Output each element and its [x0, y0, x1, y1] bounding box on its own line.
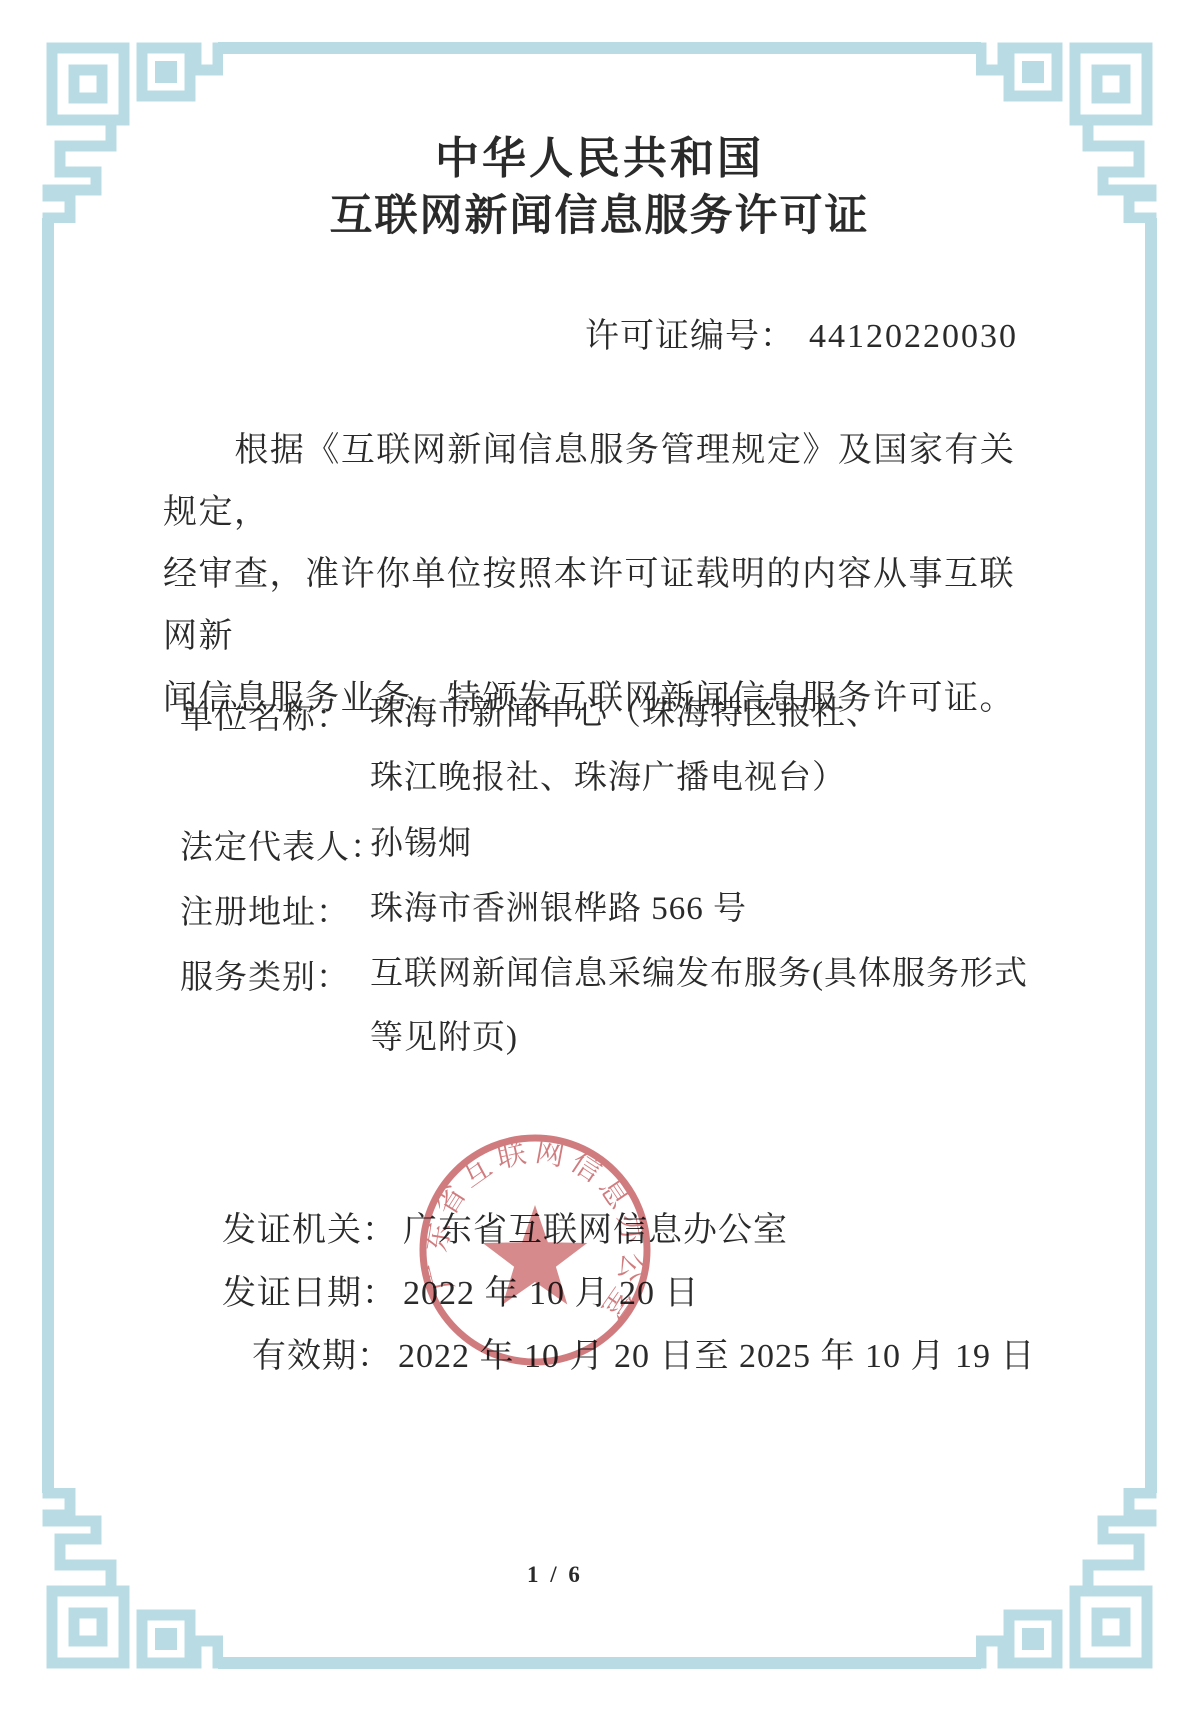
- seal-star-icon: [483, 1205, 588, 1305]
- country-title: 中华人民共和国: [0, 122, 1199, 186]
- license-number-value: 44120220030: [809, 318, 1018, 355]
- field-value-line: 孙锡炯: [370, 812, 1060, 876]
- license-title: 互联网新闻信息服务许可证: [0, 182, 1199, 243]
- field-label-legal-representative: 法定代表人：: [180, 821, 384, 868]
- border-band-bottom: [218, 1657, 981, 1669]
- license-number-line: 许可证编号：44120220030: [585, 308, 1018, 357]
- field-value-unit-name: 珠海市新闻中心（珠海特区报社、 珠江晚报社、珠海广播电视台）: [370, 682, 1060, 810]
- field-value-line: 珠江晚报社、珠海广播电视台）: [370, 746, 1060, 810]
- page-number: 1 / 6: [0, 1562, 1110, 1588]
- field-value-legal-representative: 孙锡炯: [370, 812, 1060, 876]
- field-value-service-category: 互联网新闻信息采编发布服务(具体服务形式 等见附页): [370, 942, 1060, 1070]
- issuing-authority-label: 发证机关：: [222, 1212, 397, 1249]
- border-band-right: [1145, 218, 1157, 1493]
- official-seal-stamp: 广东省互联网信息办公室: [415, 1130, 655, 1370]
- body-line: 根据《互联网新闻信息服务管理规定》及国家有关规定，: [163, 420, 1043, 544]
- field-value-registered-address: 珠海市香洲银桦路 566 号: [370, 877, 1060, 941]
- border-band-left: [42, 218, 54, 1493]
- field-value-line: 珠海市新闻中心（珠海特区报社、: [370, 682, 1060, 746]
- license-document-page: 中华人民共和国 互联网新闻信息服务许可证 许可证编号：44120220030 根…: [0, 0, 1199, 1711]
- validity-period-label: 有效期：: [252, 1338, 392, 1375]
- border-band-top: [218, 42, 981, 54]
- field-label-service-category: 服务类别：: [180, 951, 350, 998]
- field-value-line: 互联网新闻信息采编发布服务(具体服务形式: [370, 942, 1060, 1006]
- license-number-label: 许可证编号：: [585, 318, 795, 355]
- field-value-line: 等见附页): [370, 1006, 1060, 1070]
- body-line: 经审查，准许你单位按照本许可证载明的内容从事互联网新: [163, 544, 1043, 668]
- issue-date-label: 发证日期：: [222, 1275, 397, 1312]
- field-value-line: 珠海市香洲银桦路 566 号: [370, 877, 1060, 941]
- field-label-unit-name: 单位名称：: [180, 691, 350, 738]
- field-label-registered-address: 注册地址：: [180, 886, 350, 933]
